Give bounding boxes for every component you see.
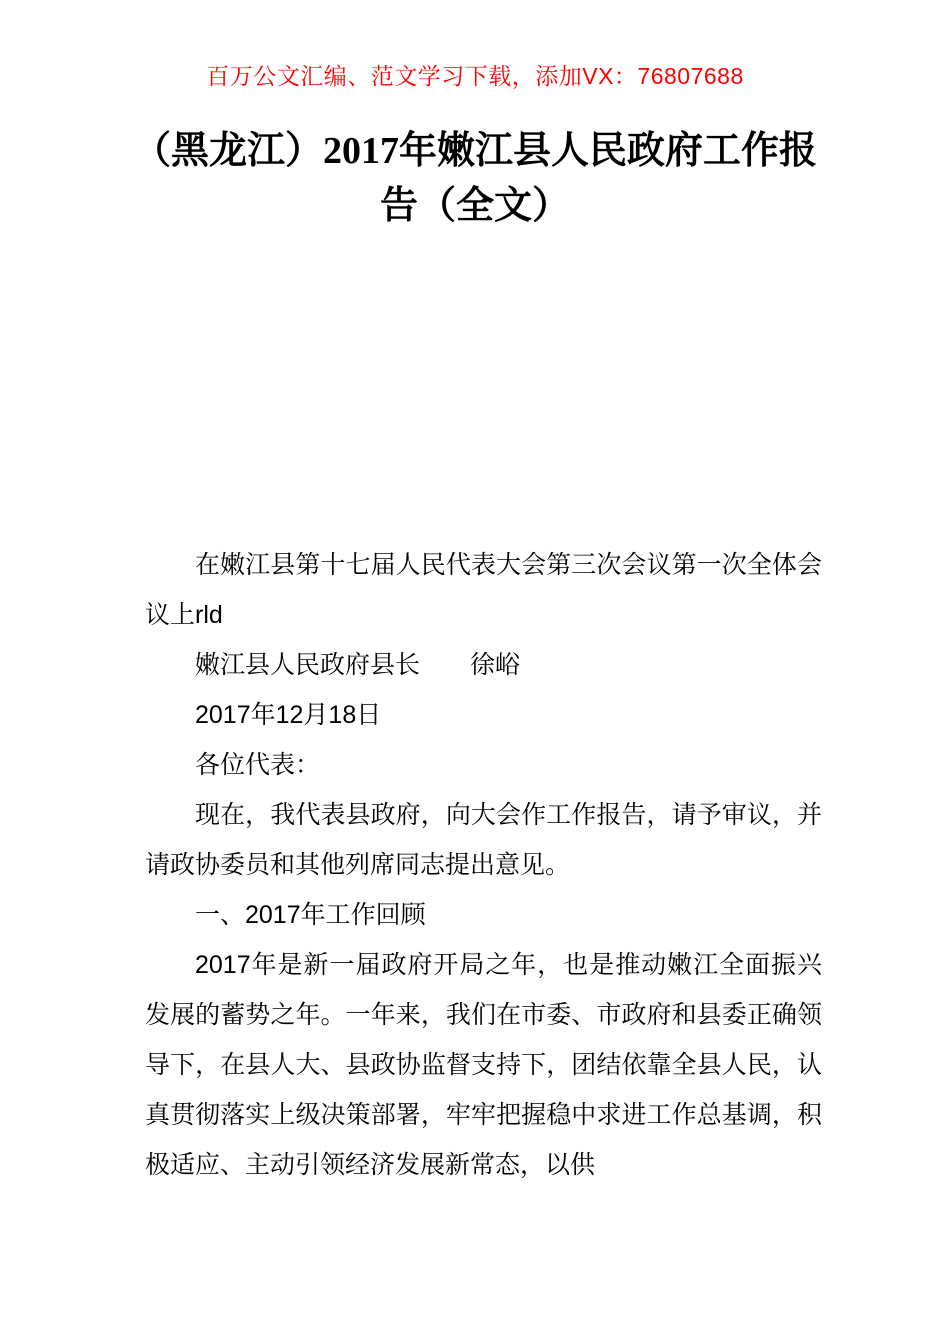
intro-paragraph: 现在，我代表县政府，向大会作工作报告，请予审议，并请政协委员和其他列席同志提出意… [145, 790, 822, 890]
venue-line: 在嫩江县第十七届人民代表大会第三次会议第一次全体会议上rld [145, 540, 822, 640]
page: 百万公文汇编、范文学习下载，添加VX：76807688 （黑龙江）2017年嫩江… [0, 0, 950, 1344]
salutation-line: 各位代表： [145, 740, 822, 790]
author-line: 嫩江县人民政府县长 徐峪 [145, 640, 822, 690]
document-page: { "document": { "header_notice": "百万公文汇编… [0, 0, 950, 1344]
document-body: 在嫩江县第十七届人民代表大会第三次会议第一次全体会议上rld 嫩江县人民政府县长… [145, 540, 822, 1190]
header-notice: 百万公文汇编、范文学习下载，添加VX：76807688 [0, 0, 950, 90]
page-title: （黑龙江）2017年嫩江县人民政府工作报告（全文） [125, 124, 825, 234]
section-heading: 一、2017年工作回顾 [145, 890, 822, 940]
blank-space [0, 234, 950, 540]
body-paragraph: 2017年是新一届政府开局之年，也是推动嫩江全面振兴发展的蓄势之年。一年来，我们… [145, 940, 822, 1190]
date-line: 2017年12月18日 [145, 690, 822, 740]
